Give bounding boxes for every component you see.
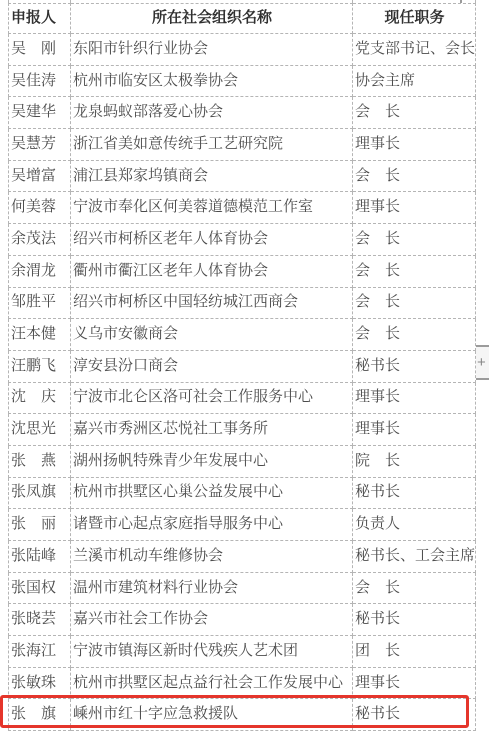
position-cell: 党支部书记、会长 bbox=[353, 34, 476, 66]
insert-row-button[interactable]: + bbox=[476, 345, 489, 380]
applicant-name-cell: 余茂法 bbox=[9, 224, 71, 256]
position-cell: 秘书长 bbox=[353, 350, 476, 382]
applicant-name-cell: 吴慧芳 bbox=[9, 129, 71, 161]
table-row: 张 旗 嵊州市红十字应急救援队 秘书长 bbox=[9, 699, 476, 731]
organization-name-cell: 嘉兴市秀洲区芯悦社工事务所 bbox=[71, 414, 353, 446]
applicant-name-cell: 沈思光 bbox=[9, 414, 71, 446]
position-cell: 秘书长 bbox=[353, 604, 476, 636]
organization-name-cell: 宁波市奉化区何美蓉道德模范工作室 bbox=[71, 192, 353, 224]
organization-name-cell: 淳安县汾口商会 bbox=[71, 350, 353, 382]
table-row: 余渭龙 衢州市衢江区老年人体育协会 会 长 bbox=[9, 255, 476, 287]
document-page: { "table": { "headers": { "applicant": "… bbox=[0, 0, 489, 737]
position-cell: 理事长 bbox=[353, 129, 476, 161]
table-row: 张凤旗 杭州市拱墅区心巢公益发展中心 秘书长 bbox=[9, 477, 476, 509]
position-cell: 会 长 bbox=[353, 97, 476, 129]
organization-name-cell: 杭州市临安区太极拳协会 bbox=[71, 65, 353, 97]
table-row: 汪鹏飞 淳安县汾口商会 秘书长 bbox=[9, 350, 476, 382]
position-cell: 会 长 bbox=[353, 224, 476, 256]
applicant-name-cell: 张凤旗 bbox=[9, 477, 71, 509]
position-cell: 理事长 bbox=[353, 192, 476, 224]
organization-name-cell: 诸暨市心起点家庭指导服务中心 bbox=[71, 509, 353, 541]
applicant-name-cell: 吴 刚 bbox=[9, 34, 71, 66]
position-cell: 秘书长 bbox=[353, 699, 476, 731]
applicant-name-cell: 张敏珠 bbox=[9, 667, 71, 699]
table-row: 张海江 宁波市镇海区新时代残疾人艺术团 团 长 bbox=[9, 636, 476, 668]
organization-name-cell: 东阳市针织行业协会 bbox=[71, 34, 353, 66]
column-header-applicant: 申报人 bbox=[9, 4, 71, 34]
applicant-name-cell: 汪本健 bbox=[9, 319, 71, 351]
organization-name-cell: 宁波市北仑区洛可社会工作服务中心 bbox=[71, 382, 353, 414]
table-row: 余茂法 绍兴市柯桥区老年人体育协会 会 长 bbox=[9, 224, 476, 256]
applicant-name-cell: 余渭龙 bbox=[9, 255, 71, 287]
position-cell: 院 长 bbox=[353, 445, 476, 477]
position-cell: 会 长 bbox=[353, 287, 476, 319]
table-row: 张 丽 诸暨市心起点家庭指导服务中心 负责人 bbox=[9, 509, 476, 541]
applicant-name-cell: 张 旗 bbox=[9, 699, 71, 731]
position-cell: 协会主席 bbox=[353, 65, 476, 97]
plus-icon: + bbox=[477, 354, 486, 371]
table-header-row: 申报人 所在社会组织名称 现任职务 bbox=[9, 4, 476, 34]
table-row: 邹胜平 绍兴市柯桥区中国轻纺城江西商会 会 长 bbox=[9, 287, 476, 319]
applicant-name-cell: 何美蓉 bbox=[9, 192, 71, 224]
applicant-name-cell: 张海江 bbox=[9, 636, 71, 668]
position-cell: 负责人 bbox=[353, 509, 476, 541]
table-row: 张 燕 湖州扬帆特殊青少年发展中心 院 长 bbox=[9, 445, 476, 477]
applicant-name-cell: 张 燕 bbox=[9, 445, 71, 477]
table-row: 吴建华 龙泉蚂蚁部落爱心协会 会 长 bbox=[9, 97, 476, 129]
position-cell: 会 长 bbox=[353, 160, 476, 192]
table-row: 沈思光 嘉兴市秀洲区芯悦社工事务所 理事长 bbox=[9, 414, 476, 446]
applicant-name-cell: 邹胜平 bbox=[9, 287, 71, 319]
organization-name-cell: 兰溪市机动车维修协会 bbox=[71, 541, 353, 573]
applicant-name-cell: 张晓芸 bbox=[9, 604, 71, 636]
table-row: 张晓芸 嘉兴市社会工作协会 秘书长 bbox=[9, 604, 476, 636]
position-cell: 秘书长 bbox=[353, 477, 476, 509]
table-row: 何美蓉 宁波市奉化区何美蓉道德模范工作室 理事长 bbox=[9, 192, 476, 224]
position-cell: 秘书长、工会主席 bbox=[353, 541, 476, 573]
organization-name-cell: 龙泉蚂蚁部落爱心协会 bbox=[71, 97, 353, 129]
table-row: 沈 庆 宁波市北仑区洛可社会工作服务中心 理事长 bbox=[9, 382, 476, 414]
position-cell: 理事长 bbox=[353, 667, 476, 699]
table-row: 吴增富 浦江县郑家坞镇商会 会 长 bbox=[9, 160, 476, 192]
position-cell: 会 长 bbox=[353, 319, 476, 351]
applicant-name-cell: 张 丽 bbox=[9, 509, 71, 541]
position-cell: 会 长 bbox=[353, 255, 476, 287]
organization-name-cell: 湖州扬帆特殊青少年发展中心 bbox=[71, 445, 353, 477]
table-row: 吴 刚 东阳市针织行业协会 党支部书记、会长 bbox=[9, 34, 476, 66]
organization-name-cell: 浦江县郑家坞镇商会 bbox=[71, 160, 353, 192]
position-cell: 会 长 bbox=[353, 572, 476, 604]
table-row: 张国权 温州市建筑材料行业协会 会 长 bbox=[9, 572, 476, 604]
organization-name-cell: 绍兴市柯桥区中国轻纺城江西商会 bbox=[71, 287, 353, 319]
applicant-name-cell: 张国权 bbox=[9, 572, 71, 604]
column-header-organization: 所在社会组织名称 bbox=[71, 4, 353, 34]
organization-name-cell: 杭州市拱墅区心巢公益发展中心 bbox=[71, 477, 353, 509]
table-row: 汪本健 义乌市安徽商会 会 长 bbox=[9, 319, 476, 351]
organization-name-cell: 嵊州市红十字应急救援队 bbox=[71, 699, 353, 731]
applicant-name-cell: 汪鹏飞 bbox=[9, 350, 71, 382]
organization-name-cell: 杭州市拱墅区起点益行社会工作发展中心 bbox=[71, 667, 353, 699]
applicant-name-cell: 沈 庆 bbox=[9, 382, 71, 414]
organization-name-cell: 温州市建筑材料行业协会 bbox=[71, 572, 353, 604]
applicants-table: 申报人 所在社会组织名称 现任职务 吴 刚 东阳市针织行业协会 党支部书记、会长… bbox=[8, 3, 476, 731]
position-cell: 团 长 bbox=[353, 636, 476, 668]
table-row: 吴佳涛 杭州市临安区太极拳协会 协会主席 bbox=[9, 65, 476, 97]
organization-name-cell: 宁波市镇海区新时代残疾人艺术团 bbox=[71, 636, 353, 668]
column-header-position: 现任职务 bbox=[353, 4, 476, 34]
position-cell: 理事长 bbox=[353, 414, 476, 446]
applicant-name-cell: 吴增富 bbox=[9, 160, 71, 192]
table-row: 吴慧芳 浙江省美如意传统手工艺研究院 理事长 bbox=[9, 129, 476, 161]
applicant-name-cell: 吴建华 bbox=[9, 97, 71, 129]
organization-name-cell: 浙江省美如意传统手工艺研究院 bbox=[71, 129, 353, 161]
applicant-name-cell: 张陆峰 bbox=[9, 541, 71, 573]
organization-name-cell: 嘉兴市社会工作协会 bbox=[71, 604, 353, 636]
table-row: 张陆峰 兰溪市机动车维修协会 秘书长、工会主席 bbox=[9, 541, 476, 573]
organization-name-cell: 义乌市安徽商会 bbox=[71, 319, 353, 351]
position-cell: 理事长 bbox=[353, 382, 476, 414]
organization-name-cell: 衢州市衢江区老年人体育协会 bbox=[71, 255, 353, 287]
applicant-name-cell: 吴佳涛 bbox=[9, 65, 71, 97]
organization-name-cell: 绍兴市柯桥区老年人体育协会 bbox=[71, 224, 353, 256]
table-row: 张敏珠 杭州市拱墅区起点益行社会工作发展中心 理事长 bbox=[9, 667, 476, 699]
